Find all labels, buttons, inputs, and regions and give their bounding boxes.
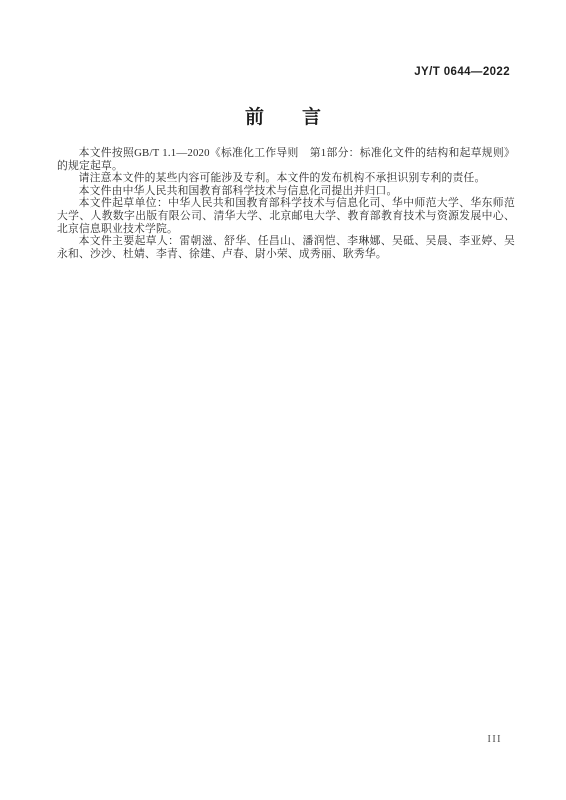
paragraph-patent-notice: 请注意本文件的某些内容可能涉及专利。本文件的发布机构不承担识别专利的责任。: [57, 172, 515, 185]
paragraph-proposing-body: 本文件由中华人民共和国教育部科学技术与信息化司提出并归口。: [57, 185, 515, 198]
document-page: JY/T 0644—2022 前 言 本文件按照GB/T 1.1—2020《标准…: [0, 0, 566, 800]
paragraph-main-drafters: 本文件主要起草人：雷朝滋、舒华、任昌山、潘润恺、李琳娜、吴砥、吴晨、李亚婷、吴永…: [57, 235, 515, 260]
foreword-body: 本文件按照GB/T 1.1—2020《标准化工作导则 第1部分：标准化文件的结构…: [57, 147, 515, 260]
page-number: III: [0, 734, 566, 745]
paragraph-drafting-organizations: 本文件起草单位：中华人民共和国教育部科学技术与信息化司、华中师范大学、华东师范大…: [57, 197, 515, 235]
foreword-title: 前 言: [0, 106, 566, 130]
standard-number: JY/T 0644—2022: [414, 66, 510, 78]
paragraph-drafting-rules: 本文件按照GB/T 1.1—2020《标准化工作导则 第1部分：标准化文件的结构…: [57, 147, 515, 172]
